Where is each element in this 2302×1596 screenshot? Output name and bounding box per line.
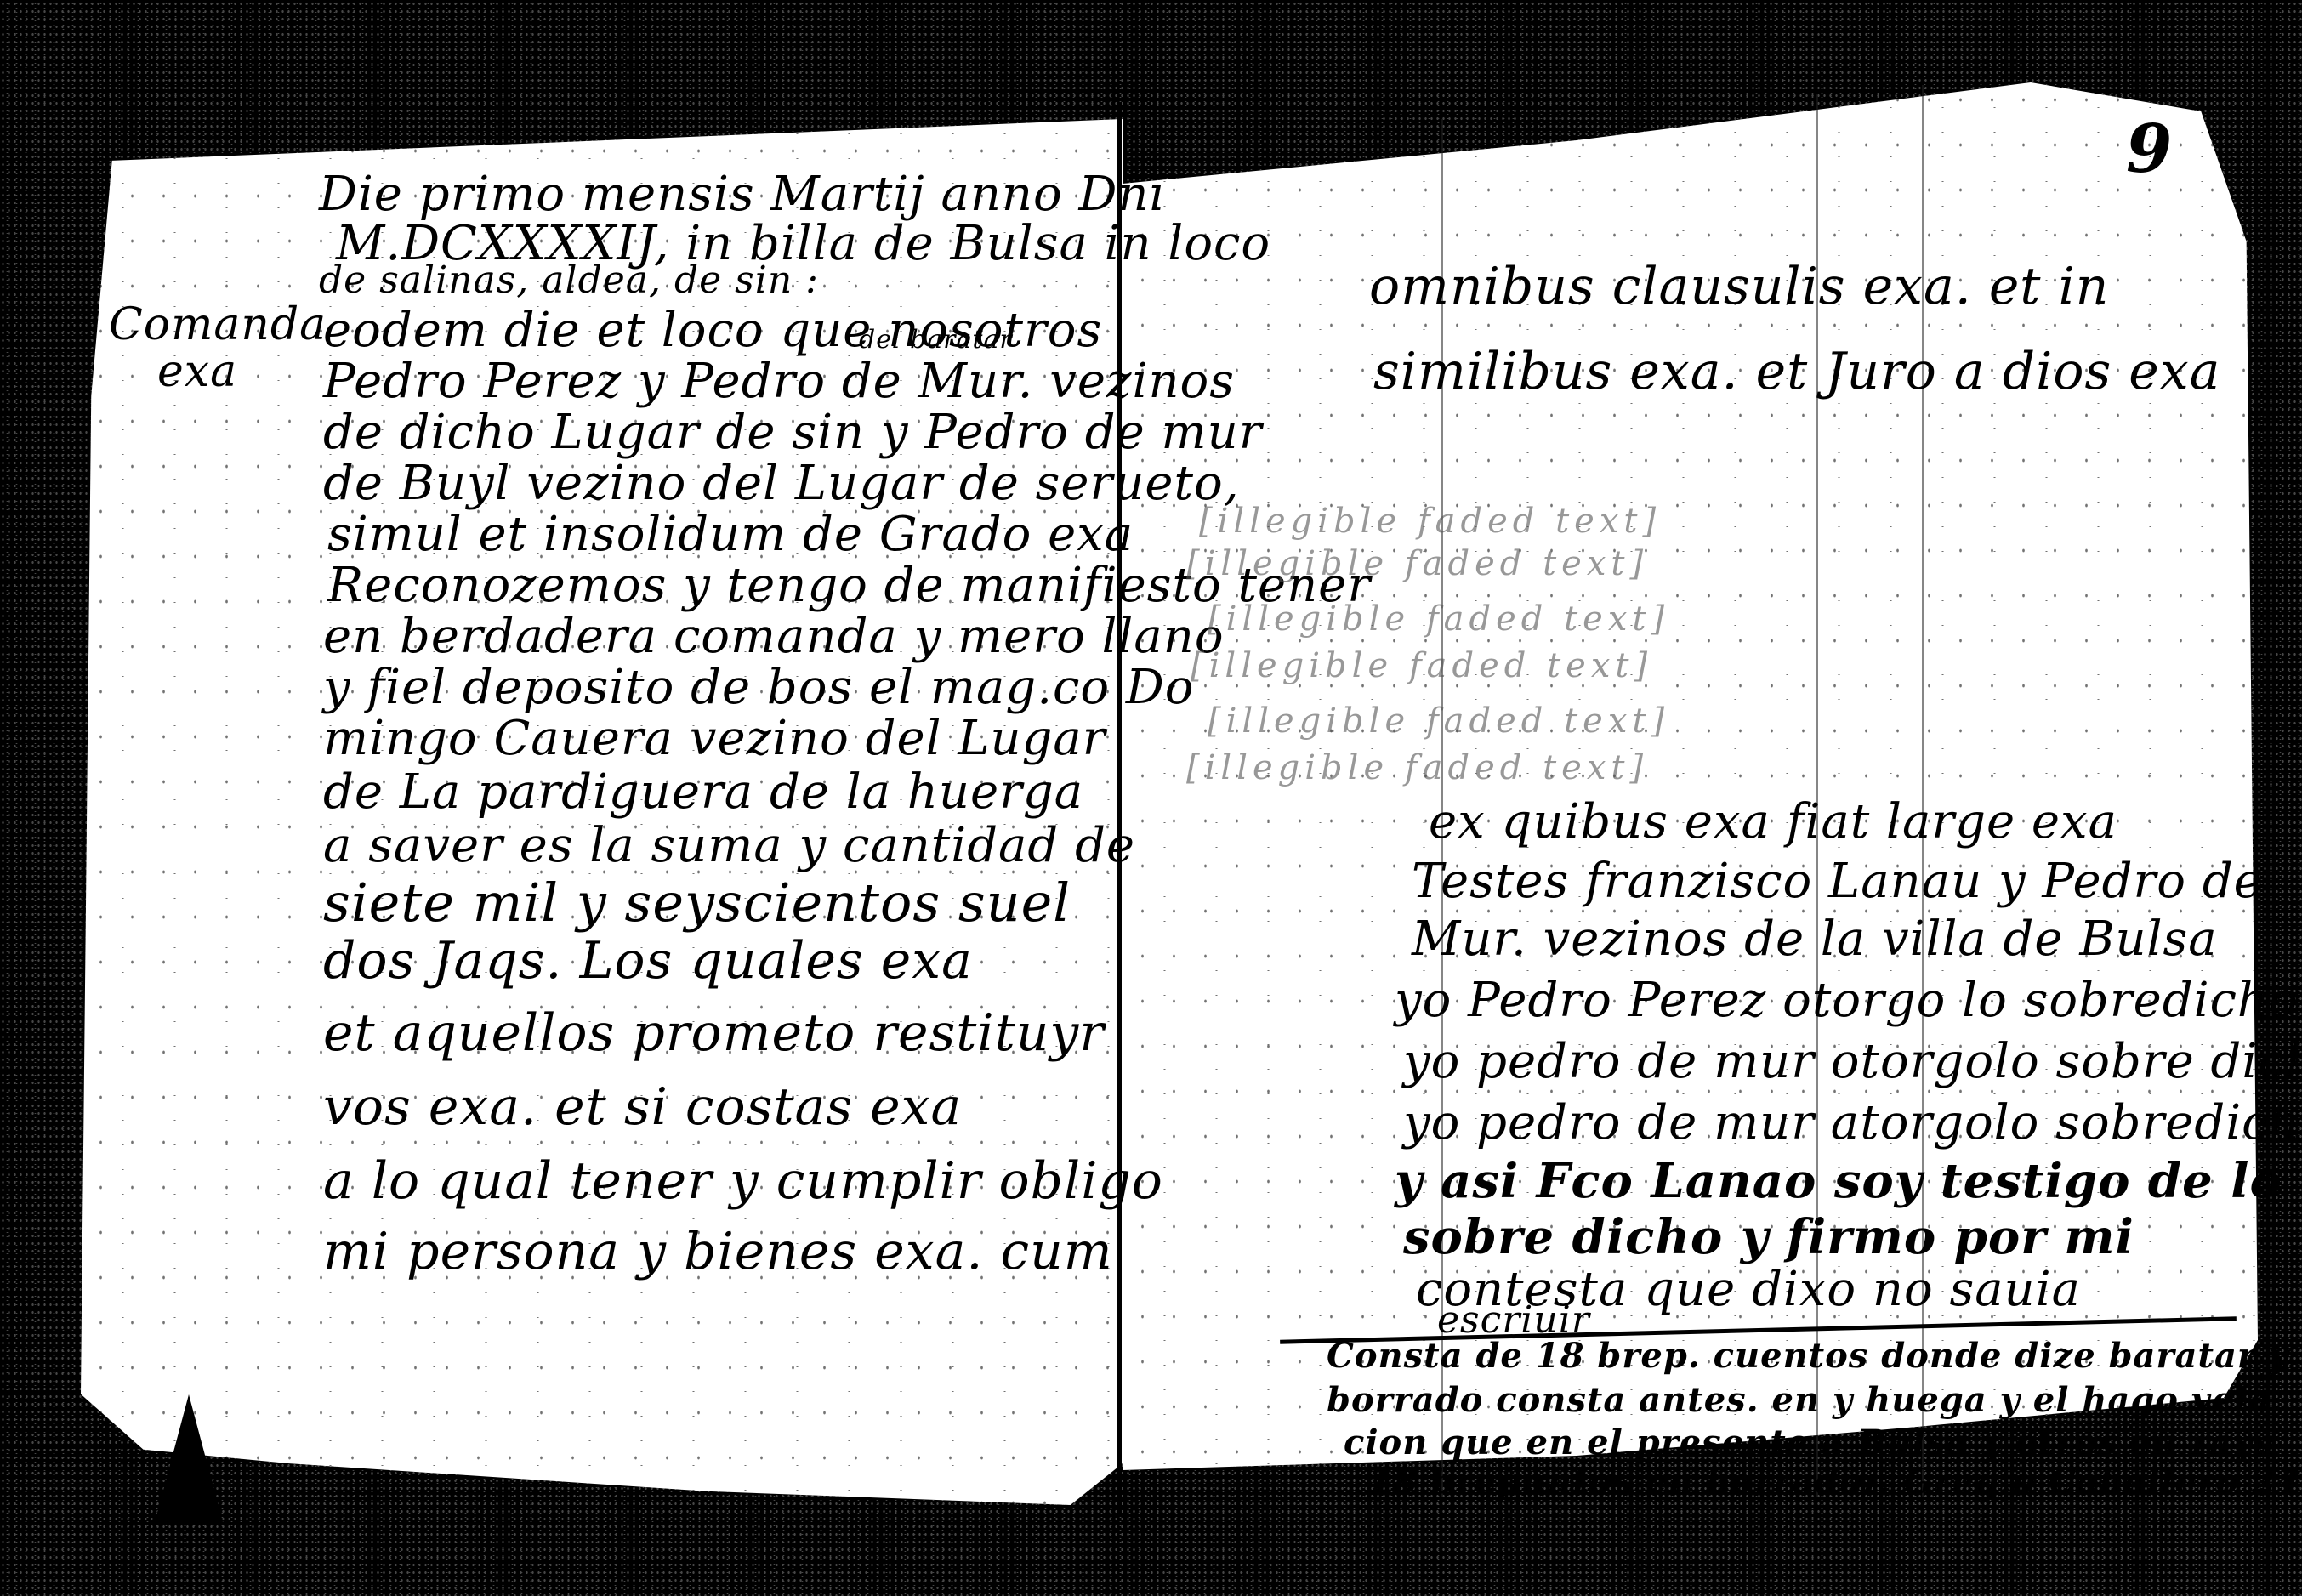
body-line: similibus exa. et Juro a dios exa xyxy=(1373,340,2220,403)
footnote-line: cion que en el presente a Bulsa y otros … xyxy=(1344,1422,2276,1464)
body-line: vos exa. et si costas exa xyxy=(323,1076,962,1139)
body-line: dos Jaqs. Los quales exa xyxy=(323,929,973,992)
signature-line: yo pedro de mur otorgolo sobre dicho xyxy=(1403,1031,2302,1093)
faded-text-line: [illegible faded text] xyxy=(1191,646,1652,685)
faded-text-line: [illegible faded text] xyxy=(1186,544,1648,583)
faded-text-line: [illegible faded text] xyxy=(1208,701,1669,741)
footnote-line: 18 brepuntos en borrador. Greg.o Caballe… xyxy=(1369,1461,2302,1503)
body-line: mi persona y bienes exa. cum xyxy=(323,1220,1113,1283)
witness-line: Testes franzisco Lanau y Pedro de xyxy=(1412,850,2263,913)
book-gutter xyxy=(1117,102,1122,1514)
witness-line: Mur. vezinos de la villa de Bulsa xyxy=(1412,908,2218,971)
heading-line: de salinas, aldea, de sin : xyxy=(319,257,819,304)
body-line: a saver es la suma y cantidad de xyxy=(323,815,1135,878)
page-number: 9 xyxy=(2126,111,2173,188)
faded-text-line: [illegible faded text] xyxy=(1208,599,1669,639)
faded-text-line: [illegible faded text] xyxy=(1199,502,1661,541)
signature-line: yo pedro de mur atorgolo sobredicho xyxy=(1403,1092,2302,1155)
witness-line: ex quibus exa fiat large exa xyxy=(1429,791,2117,854)
signature-line: y asi Fco Lanao soy testigo de lo xyxy=(1395,1150,2282,1213)
footnote-line: Consta de 18 brep. cuentos donde dize ba… xyxy=(1327,1335,2302,1377)
body-line: et aquellos prometo restituyr xyxy=(323,1002,1105,1065)
ribbon-marker xyxy=(155,1394,223,1522)
faded-text-line: [illegible faded text] xyxy=(1186,748,1648,787)
footnote-line: borrado consta antes. en y huega y el ha… xyxy=(1327,1379,2271,1422)
margin-note: exa xyxy=(157,340,237,403)
body-line: siete mil y seyscientos suel xyxy=(323,872,1071,934)
body-line: a lo qual tener y cumplir obligo xyxy=(323,1150,1163,1213)
body-line: omnibus clausulis exa. et in xyxy=(1369,255,2109,318)
signature-line: yo Pedro Perez otorgo lo sobredicho xyxy=(1395,969,2299,1032)
